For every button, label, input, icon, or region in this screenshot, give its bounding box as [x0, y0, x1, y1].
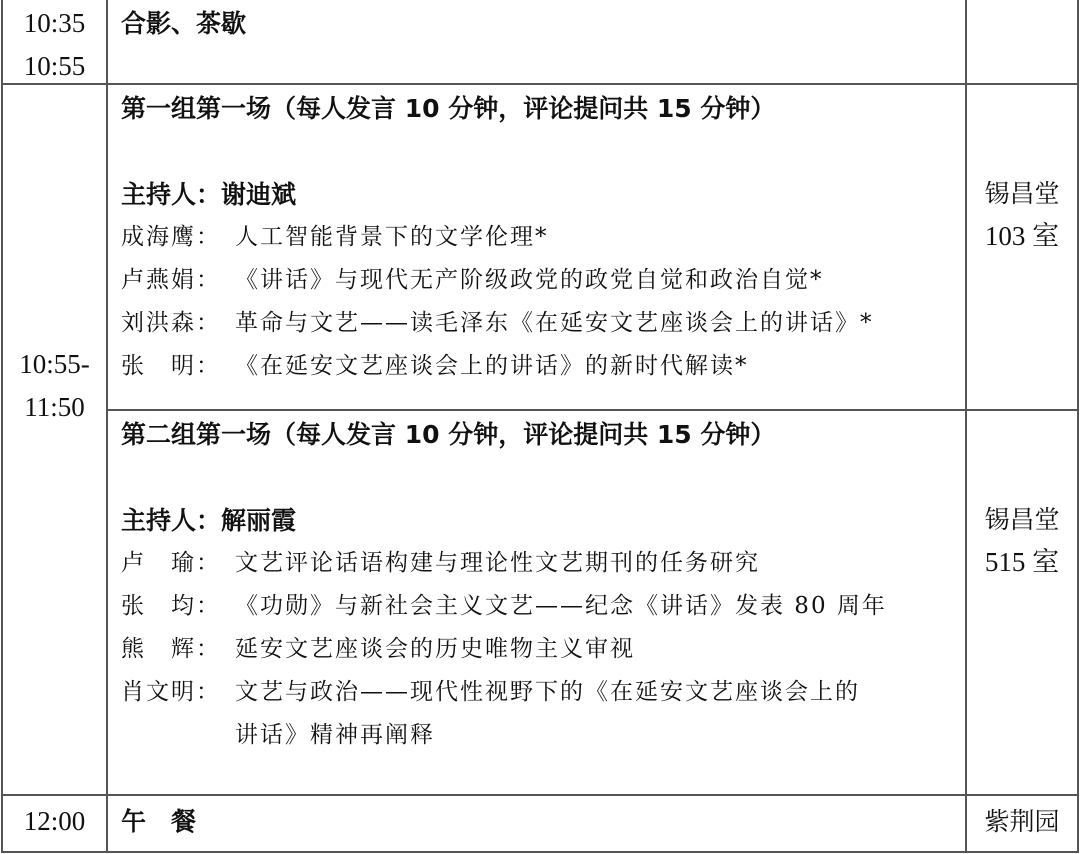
session-2-venue: 锡昌堂 515 室 [967, 498, 1077, 584]
talk-item: 张 明： 《在延安文艺座谈会上的讲话》的新时代解读* [121, 345, 961, 388]
spacer [121, 456, 961, 499]
venue-name: 紫荆园 [967, 800, 1077, 843]
row-3-activity: 午 餐 [121, 800, 196, 843]
session-title: 第一组第一场（每人发言 10 分钟，评论提问共 15 分钟） [121, 87, 961, 130]
table-border-col1 [106, 0, 108, 852]
spacer [121, 130, 961, 173]
row-1-time: 10:35 10:55 [3, 2, 106, 88]
speaker: 肖文明： [121, 671, 235, 714]
session-2: 第二组第一场（每人发言 10 分钟，评论提问共 15 分钟） 主持人：解丽霞 卢… [121, 413, 961, 757]
talk-title: 文艺与政治——现代性视野下的《在延安文艺座谈会上的 [235, 671, 860, 714]
row-2-time: 10:55- 11:50 [3, 343, 106, 429]
venue-building: 锡昌堂 [967, 498, 1077, 541]
venue-room: 515 室 [967, 541, 1077, 584]
time-end: 10:55 [3, 45, 106, 88]
table-border-row3 [1, 794, 1079, 796]
table-border-session-split [106, 409, 1079, 411]
talk-item: 卢燕娟： 《讲话》与现代无产阶级政党的政党自觉和政治自觉* [121, 259, 961, 302]
talk-title: 《讲话》与现代无产阶级政党的政党自觉和政治自觉* [235, 259, 824, 302]
talk-title: 延安文艺座谈会的历史唯物主义审视 [235, 628, 635, 671]
time-start: 10:35 [3, 2, 106, 45]
table-border-row1 [1, 83, 1079, 85]
session-title: 第二组第一场（每人发言 10 分钟，评论提问共 15 分钟） [121, 413, 961, 456]
speaker: 卢 瑜： [121, 542, 235, 585]
session-host: 主持人：谢迪斌 [121, 173, 961, 216]
speaker: 成海鹰： [121, 216, 235, 259]
time-start: 12:00 [3, 800, 106, 843]
talk-item: 成海鹰： 人工智能背景下的文学伦理* [121, 216, 961, 259]
row-1-activity: 合影、茶歇 [121, 2, 246, 45]
talk-item: 张 均： 《功勋》与新社会主义文艺——纪念《讲话》发表 80 周年 [121, 585, 961, 628]
speaker: 熊 辉： [121, 628, 235, 671]
activity-label: 午 餐 [121, 807, 196, 836]
talk-title-continuation: 讲话》精神再阐释 [121, 714, 961, 757]
venue-room: 103 室 [967, 215, 1077, 258]
talk-item: 肖文明： 文艺与政治——现代性视野下的《在延安文艺座谈会上的 [121, 671, 961, 714]
talk-item: 熊 辉： 延安文艺座谈会的历史唯物主义审视 [121, 628, 961, 671]
time-start: 10:55- [3, 343, 106, 386]
table-border-col2 [965, 0, 967, 852]
speaker: 张 均： [121, 585, 235, 628]
talk-title: 《功勋》与新社会主义文艺——纪念《讲话》发表 80 周年 [235, 585, 887, 628]
speaker: 刘洪森： [121, 302, 235, 345]
speaker: 卢燕娟： [121, 259, 235, 302]
talk-item: 刘洪森： 革命与文艺——读毛泽东《在延安文艺座谈会上的讲话》* [121, 302, 961, 345]
session-1: 第一组第一场（每人发言 10 分钟，评论提问共 15 分钟） 主持人：谢迪斌 成… [121, 87, 961, 388]
row-3-time: 12:00 [3, 800, 106, 843]
talk-title: 人工智能背景下的文学伦理* [235, 216, 549, 259]
activity-label: 合影、茶歇 [121, 9, 246, 38]
talk-title: 革命与文艺——读毛泽东《在延安文艺座谈会上的讲话》* [235, 302, 874, 345]
time-end: 11:50 [3, 386, 106, 429]
talk-title: 《在延安文艺座谈会上的讲话》的新时代解读* [235, 345, 749, 388]
speaker: 张 明： [121, 345, 235, 388]
table-border-right [1077, 0, 1079, 852]
talk-title: 文艺评论话语构建与理论性文艺期刊的任务研究 [235, 542, 760, 585]
session-1-venue: 锡昌堂 103 室 [967, 172, 1077, 258]
row-3-venue: 紫荆园 [967, 800, 1077, 843]
venue-building: 锡昌堂 [967, 172, 1077, 215]
session-host: 主持人：解丽霞 [121, 499, 961, 542]
talk-item: 卢 瑜： 文艺评论话语构建与理论性文艺期刊的任务研究 [121, 542, 961, 585]
table-border-bottom [1, 851, 1079, 853]
